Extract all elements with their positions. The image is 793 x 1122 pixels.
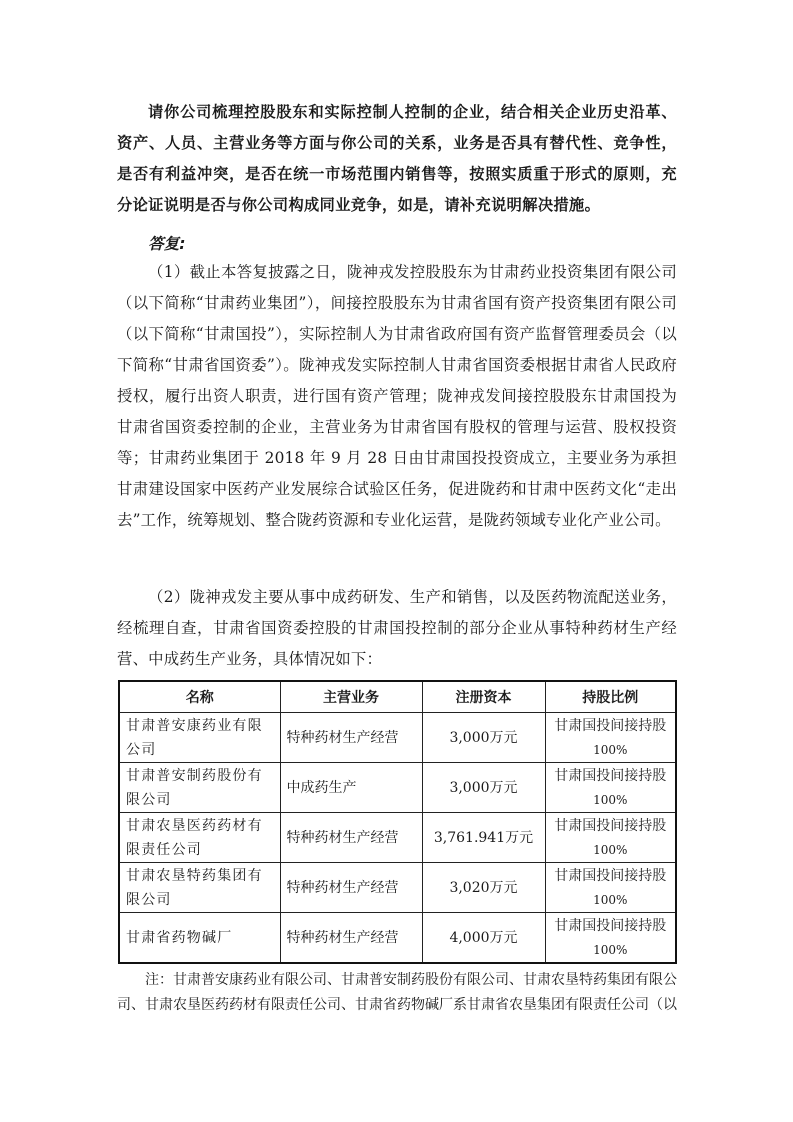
document-page: 请你公司梳理控股股东和实际控制人控制的企业，结合相关企业历史沿革、资产、人员、主…	[0, 0, 793, 1122]
registered-capital: 3,761.941万元	[422, 813, 545, 863]
table-row: 甘肃普安康药业有限公司 特种药材生产经营 3,000万元 甘肃国投间接持股 10…	[119, 713, 676, 763]
holding-text: 甘肃国投间接持股	[552, 914, 670, 938]
company-name: 甘肃普安康药业有限公司	[119, 713, 280, 763]
main-business: 特种药材生产经营	[280, 813, 422, 863]
holding-text: 甘肃国投间接持股	[552, 764, 670, 788]
holding-ratio: 甘肃国投间接持股 100%	[545, 763, 676, 813]
company-name: 甘肃省药物碱厂	[119, 913, 280, 964]
header-name: 名称	[119, 681, 280, 713]
holding-text: 甘肃国投间接持股	[552, 714, 670, 738]
main-business: 特种药材生产经营	[280, 863, 422, 913]
table-row: 甘肃农垦特药集团有限公司 特种药材生产经营 3,020万元 甘肃国投间接持股 1…	[119, 863, 676, 913]
holdings-table: 名称 主营业务 注册资本 持股比例 甘肃普安康药业有限公司 特种药材生产经营 3…	[118, 680, 677, 964]
header-business: 主营业务	[280, 681, 422, 713]
holding-percent: 100%	[552, 888, 670, 912]
company-name: 甘肃农垦医药药材有限责任公司	[119, 813, 280, 863]
holding-percent: 100%	[552, 788, 670, 812]
holding-text: 甘肃国投间接持股	[552, 864, 670, 888]
header-capital: 注册资本	[422, 681, 545, 713]
registered-capital: 4,000万元	[422, 913, 545, 964]
answer-heading: 答复:	[148, 230, 185, 258]
holding-percent: 100%	[552, 938, 670, 962]
company-name: 甘肃普安制药股份有限公司	[119, 763, 280, 813]
table-row: 甘肃普安制药股份有限公司 中成药生产 3,000万元 甘肃国投间接持股 100%	[119, 763, 676, 813]
holding-text: 甘肃国投间接持股	[552, 814, 670, 838]
registered-capital: 3,000万元	[422, 713, 545, 763]
holding-ratio: 甘肃国投间接持股 100%	[545, 863, 676, 913]
table-row: 甘肃省药物碱厂 特种药材生产经营 4,000万元 甘肃国投间接持股 100%	[119, 913, 676, 964]
answer-paragraph-1: （1）截止本答复披露之日，陇神戎发控股股东为甘肃药业投资集团有限公司（以下简称“…	[117, 257, 677, 536]
holding-percent: 100%	[552, 738, 670, 762]
question-paragraph: 请你公司梳理控股股东和实际控制人控制的企业，结合相关企业历史沿革、资产、人员、主…	[117, 97, 677, 221]
holding-ratio: 甘肃国投间接持股 100%	[545, 813, 676, 863]
table-row: 甘肃农垦医药药材有限责任公司 特种药材生产经营 3,761.941万元 甘肃国投…	[119, 813, 676, 863]
main-business: 特种药材生产经营	[280, 913, 422, 964]
table-note: 注：甘肃普安康药业有限公司、甘肃普安制药股份有限公司、甘肃农垦特药集团有限公司、…	[117, 968, 677, 1018]
header-holding: 持股比例	[545, 681, 676, 713]
holding-ratio: 甘肃国投间接持股 100%	[545, 713, 676, 763]
holding-percent: 100%	[552, 838, 670, 862]
main-business: 特种药材生产经营	[280, 713, 422, 763]
answer-paragraph-2: （2）陇神戎发主要从事中成药研发、生产和销售，以及医药物流配送业务，经梳理自查，…	[117, 582, 677, 675]
registered-capital: 3,020万元	[422, 863, 545, 913]
company-name: 甘肃农垦特药集团有限公司	[119, 863, 280, 913]
table-header-row: 名称 主营业务 注册资本 持股比例	[119, 681, 676, 713]
holding-ratio: 甘肃国投间接持股 100%	[545, 913, 676, 964]
main-business: 中成药生产	[280, 763, 422, 813]
registered-capital: 3,000万元	[422, 763, 545, 813]
